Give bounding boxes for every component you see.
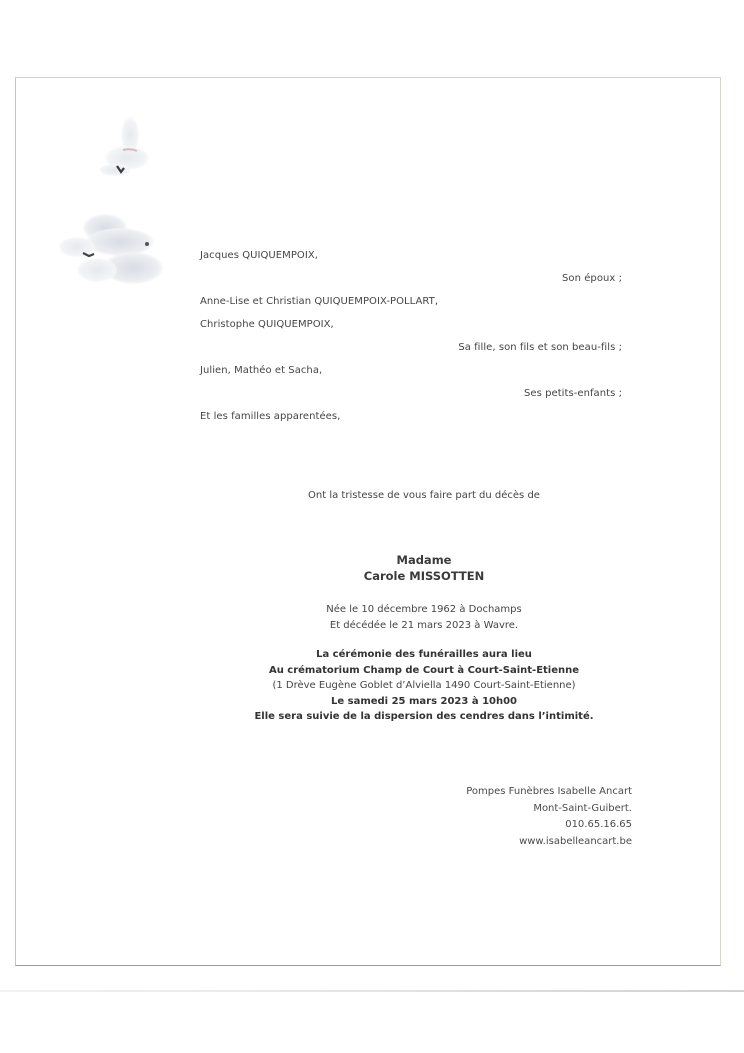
doves-icon [55,110,175,295]
deceased-name: Carole MISSOTTEN [200,568,648,584]
funeral-home-name: Pompes Funèbres Isabelle Ancart [466,784,632,801]
death-line: Et décédée le 21 mars 2023 à Wavre. [200,618,648,634]
funeral-home-block: Pompes Funèbres Isabelle Ancart Mont-Sai… [466,784,632,850]
grandchildren-role: Ses petits-enfants ; [524,388,622,400]
children-line-2: Christophe QUIQUEMPOIX, [200,319,334,331]
funeral-home-city: Mont-Saint-Guibert. [466,801,632,818]
children-role: Sa fille, son fils et son beau-fils ; [458,342,622,354]
children-line-1: Anne-Lise et Christian QUIQUEMPOIX-POLLA… [200,296,438,308]
ceremony-address: (1 Drève Eugène Goblet d’Alviella 1490 C… [200,678,648,694]
deceased-title: Madame [200,552,648,568]
spouse-name: Jacques QUIQUEMPOIX, [200,250,318,262]
birth-line: Née le 10 décembre 1962 à Dochamps [200,602,648,618]
spouse-role: Son époux ; [562,273,622,285]
deceased-block: Madame Carole MISSOTTEN [200,552,648,584]
announcement: Ont la tristesse de vous faire part du d… [200,488,648,504]
funeral-home-phone: 010.65.16.65 [466,817,632,834]
grandchildren-names: Julien, Mathéo et Sacha, [200,365,322,377]
scan-edge-line [0,990,744,992]
ceremony-datetime: Le samedi 25 mars 2023 à 10h00 [200,694,648,710]
ceremony-block: La cérémonie des funérailles aura lieu A… [200,647,648,725]
relatives: Et les familles apparentées, [200,411,340,423]
funeral-home-website: www.isabelleancart.be [466,834,632,851]
dates-block: Née le 10 décembre 1962 à Dochamps Et dé… [200,602,648,633]
ceremony-note: Elle sera suivie de la dispersion des ce… [200,709,648,725]
ceremony-location: Au crématorium Champ de Court à Court-Sa… [200,663,648,679]
ceremony-line-1: La cérémonie des funérailles aura lieu [200,647,648,663]
